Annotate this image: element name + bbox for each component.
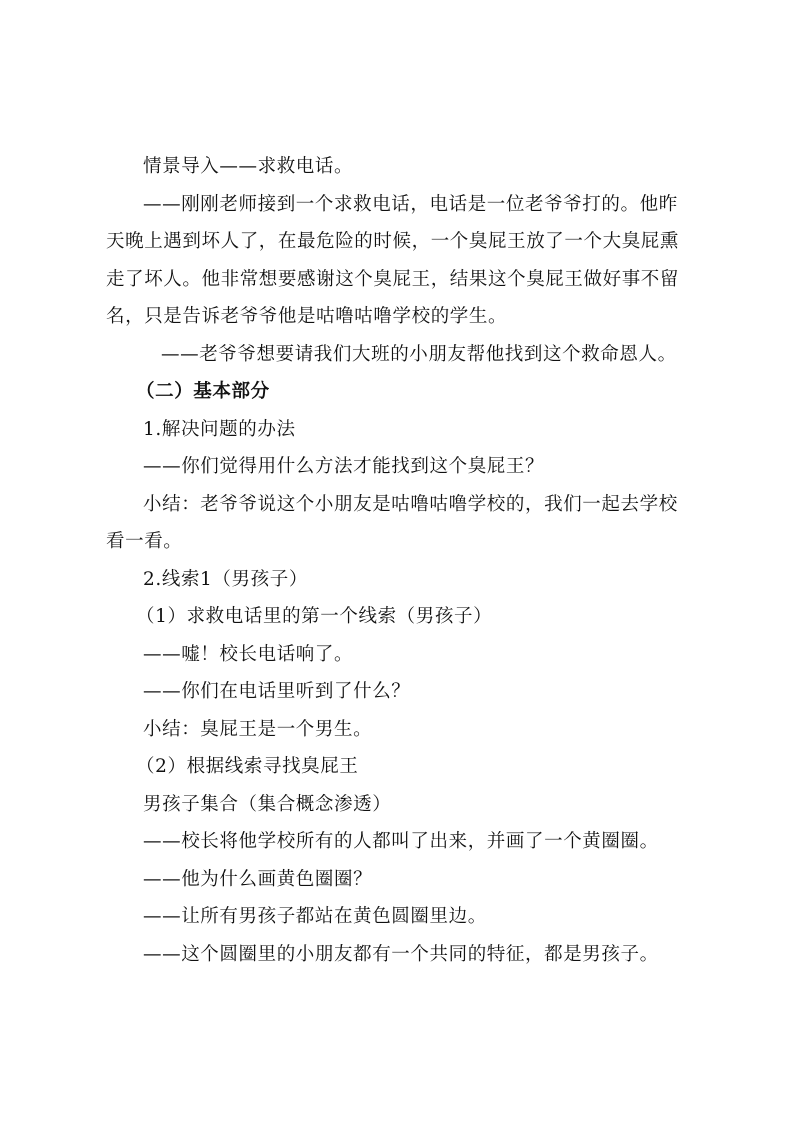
paragraph-question: ——你们觉得用什么方法才能找到这个臭屁王？	[106, 448, 688, 486]
paragraph-common-feature: ——这个圆圈里的小朋友都有一个共同的特征，都是男孩子。	[106, 936, 688, 974]
paragraph-boys-stand: ——让所有男孩子都站在黄色圆圈里边。	[106, 898, 688, 936]
paragraph-heard-question: ——你们在电话里听到了什么？	[106, 673, 688, 711]
paragraph-clue-1: （1）求救电话里的第一个线索（男孩子）	[106, 598, 688, 636]
paragraph-boys-set: 男孩子集合（集合概念渗透）	[106, 786, 688, 824]
document-page: 情景导入——求救电话。 ——刚刚老师接到一个求救电话，电话是一位老爷爷打的。他昨…	[0, 0, 794, 1123]
paragraph-scenario-intro: 情景导入——求救电话。	[106, 148, 688, 186]
document-body: 情景导入——求救电话。 ——刚刚老师接到一个求救电话，电话是一位老爷爷打的。他昨…	[106, 148, 688, 973]
paragraph-yellow-circle: ——校长将他学校所有的人都叫了出来，并画了一个黄圈圈。	[106, 823, 688, 861]
paragraph-summary-2: 小结：臭屁王是一个男生。	[106, 711, 688, 749]
paragraph-step-2: 2.线索1（男孩子）	[106, 561, 688, 599]
paragraph-story: ——刚刚老师接到一个求救电话，电话是一位老爷爷打的。他昨天晚上遇到坏人了，在最危…	[106, 186, 688, 336]
paragraph-why-circle: ——他为什么画黄色圈圈？	[106, 861, 688, 899]
paragraph-summary-1: 小结：老爷爷说这个小朋友是咕噜咕噜学校的，我们一起去学校看一看。	[106, 486, 688, 561]
paragraph-phone-rings: ——嘘！校长电话响了。	[106, 636, 688, 674]
paragraph-step-1: 1.解决问题的办法	[106, 411, 688, 449]
paragraph-clue-2: （2）根据线索寻找臭屁王	[106, 748, 688, 786]
section-heading-basic-part: （二）基本部分	[106, 373, 688, 411]
paragraph-request: ——老爷爷想要请我们大班的小朋友帮他找到这个救命恩人。	[106, 336, 688, 374]
